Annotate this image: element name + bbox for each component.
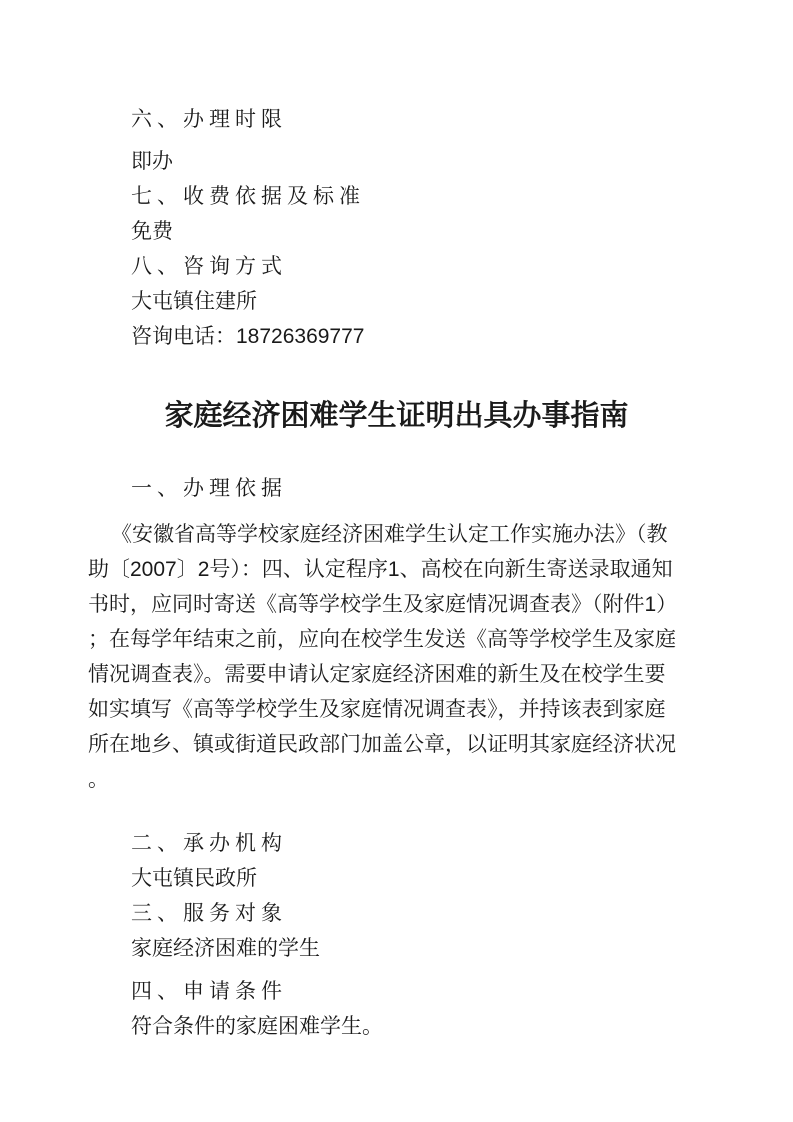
page-title: 家庭经济困难学生证明出具办事指南 bbox=[88, 394, 705, 438]
text-application-conditions: 符合条件的家庭困难学生。 bbox=[88, 1009, 705, 1044]
heading-application-conditions: 四、申请条件 bbox=[88, 974, 705, 1009]
heading-fee-basis-and-standard: 七、收费依据及标准 bbox=[88, 179, 705, 214]
text-agency-name: 大屯镇民政所 bbox=[88, 861, 705, 896]
paragraph-line: 情况调查表》。需要申请认定家庭经济困难的新生及在校学生要 bbox=[88, 657, 705, 692]
paragraph-line: 书时，应同时寄送《高等学校学生及家庭情况调查表》（附件1） bbox=[88, 587, 705, 622]
text-service-target: 家庭经济困难的学生 bbox=[88, 931, 705, 966]
text-consultation-phone: 咨询电话：18726369777 bbox=[88, 319, 705, 354]
document-page: 六、办理时限 即办 七、收费依据及标准 免费 八、咨询方式 大屯镇住建所 咨询电… bbox=[0, 0, 793, 1122]
paragraph-line: 《安徽省高等学校家庭经济困难学生认定工作实施办法》（教 bbox=[88, 517, 705, 552]
heading-processing-time-limit: 六、办理时限 bbox=[88, 102, 705, 137]
paragraph-line: ；在每学年结束之前，应向在校学生发送《高等学校学生及家庭 bbox=[88, 622, 705, 657]
heading-consultation-method: 八、咨询方式 bbox=[88, 249, 705, 284]
text-handling-office-name: 大屯镇住建所 bbox=[88, 284, 705, 319]
paragraph-line: 助〔2007〕2号）：四、认定程序1、高校在向新生寄送录取通知 bbox=[88, 552, 705, 587]
paragraph-line: 所在地乡、镇或街道民政部门加盖公章，以证明其家庭经济状况 bbox=[88, 727, 705, 762]
heading-service-target: 三、服务对象 bbox=[88, 896, 705, 931]
text-free-of-charge: 免费 bbox=[88, 214, 705, 249]
paragraph-line: 如实填写《高等学校学生及家庭情况调查表》，并持该表到家庭 bbox=[88, 692, 705, 727]
text-immediate-processing: 即办 bbox=[88, 144, 705, 179]
heading-processing-basis: 一、办理依据 bbox=[88, 471, 705, 506]
paragraph-line: 。 bbox=[88, 762, 705, 797]
heading-handling-agency: 二、承办机构 bbox=[88, 826, 705, 861]
